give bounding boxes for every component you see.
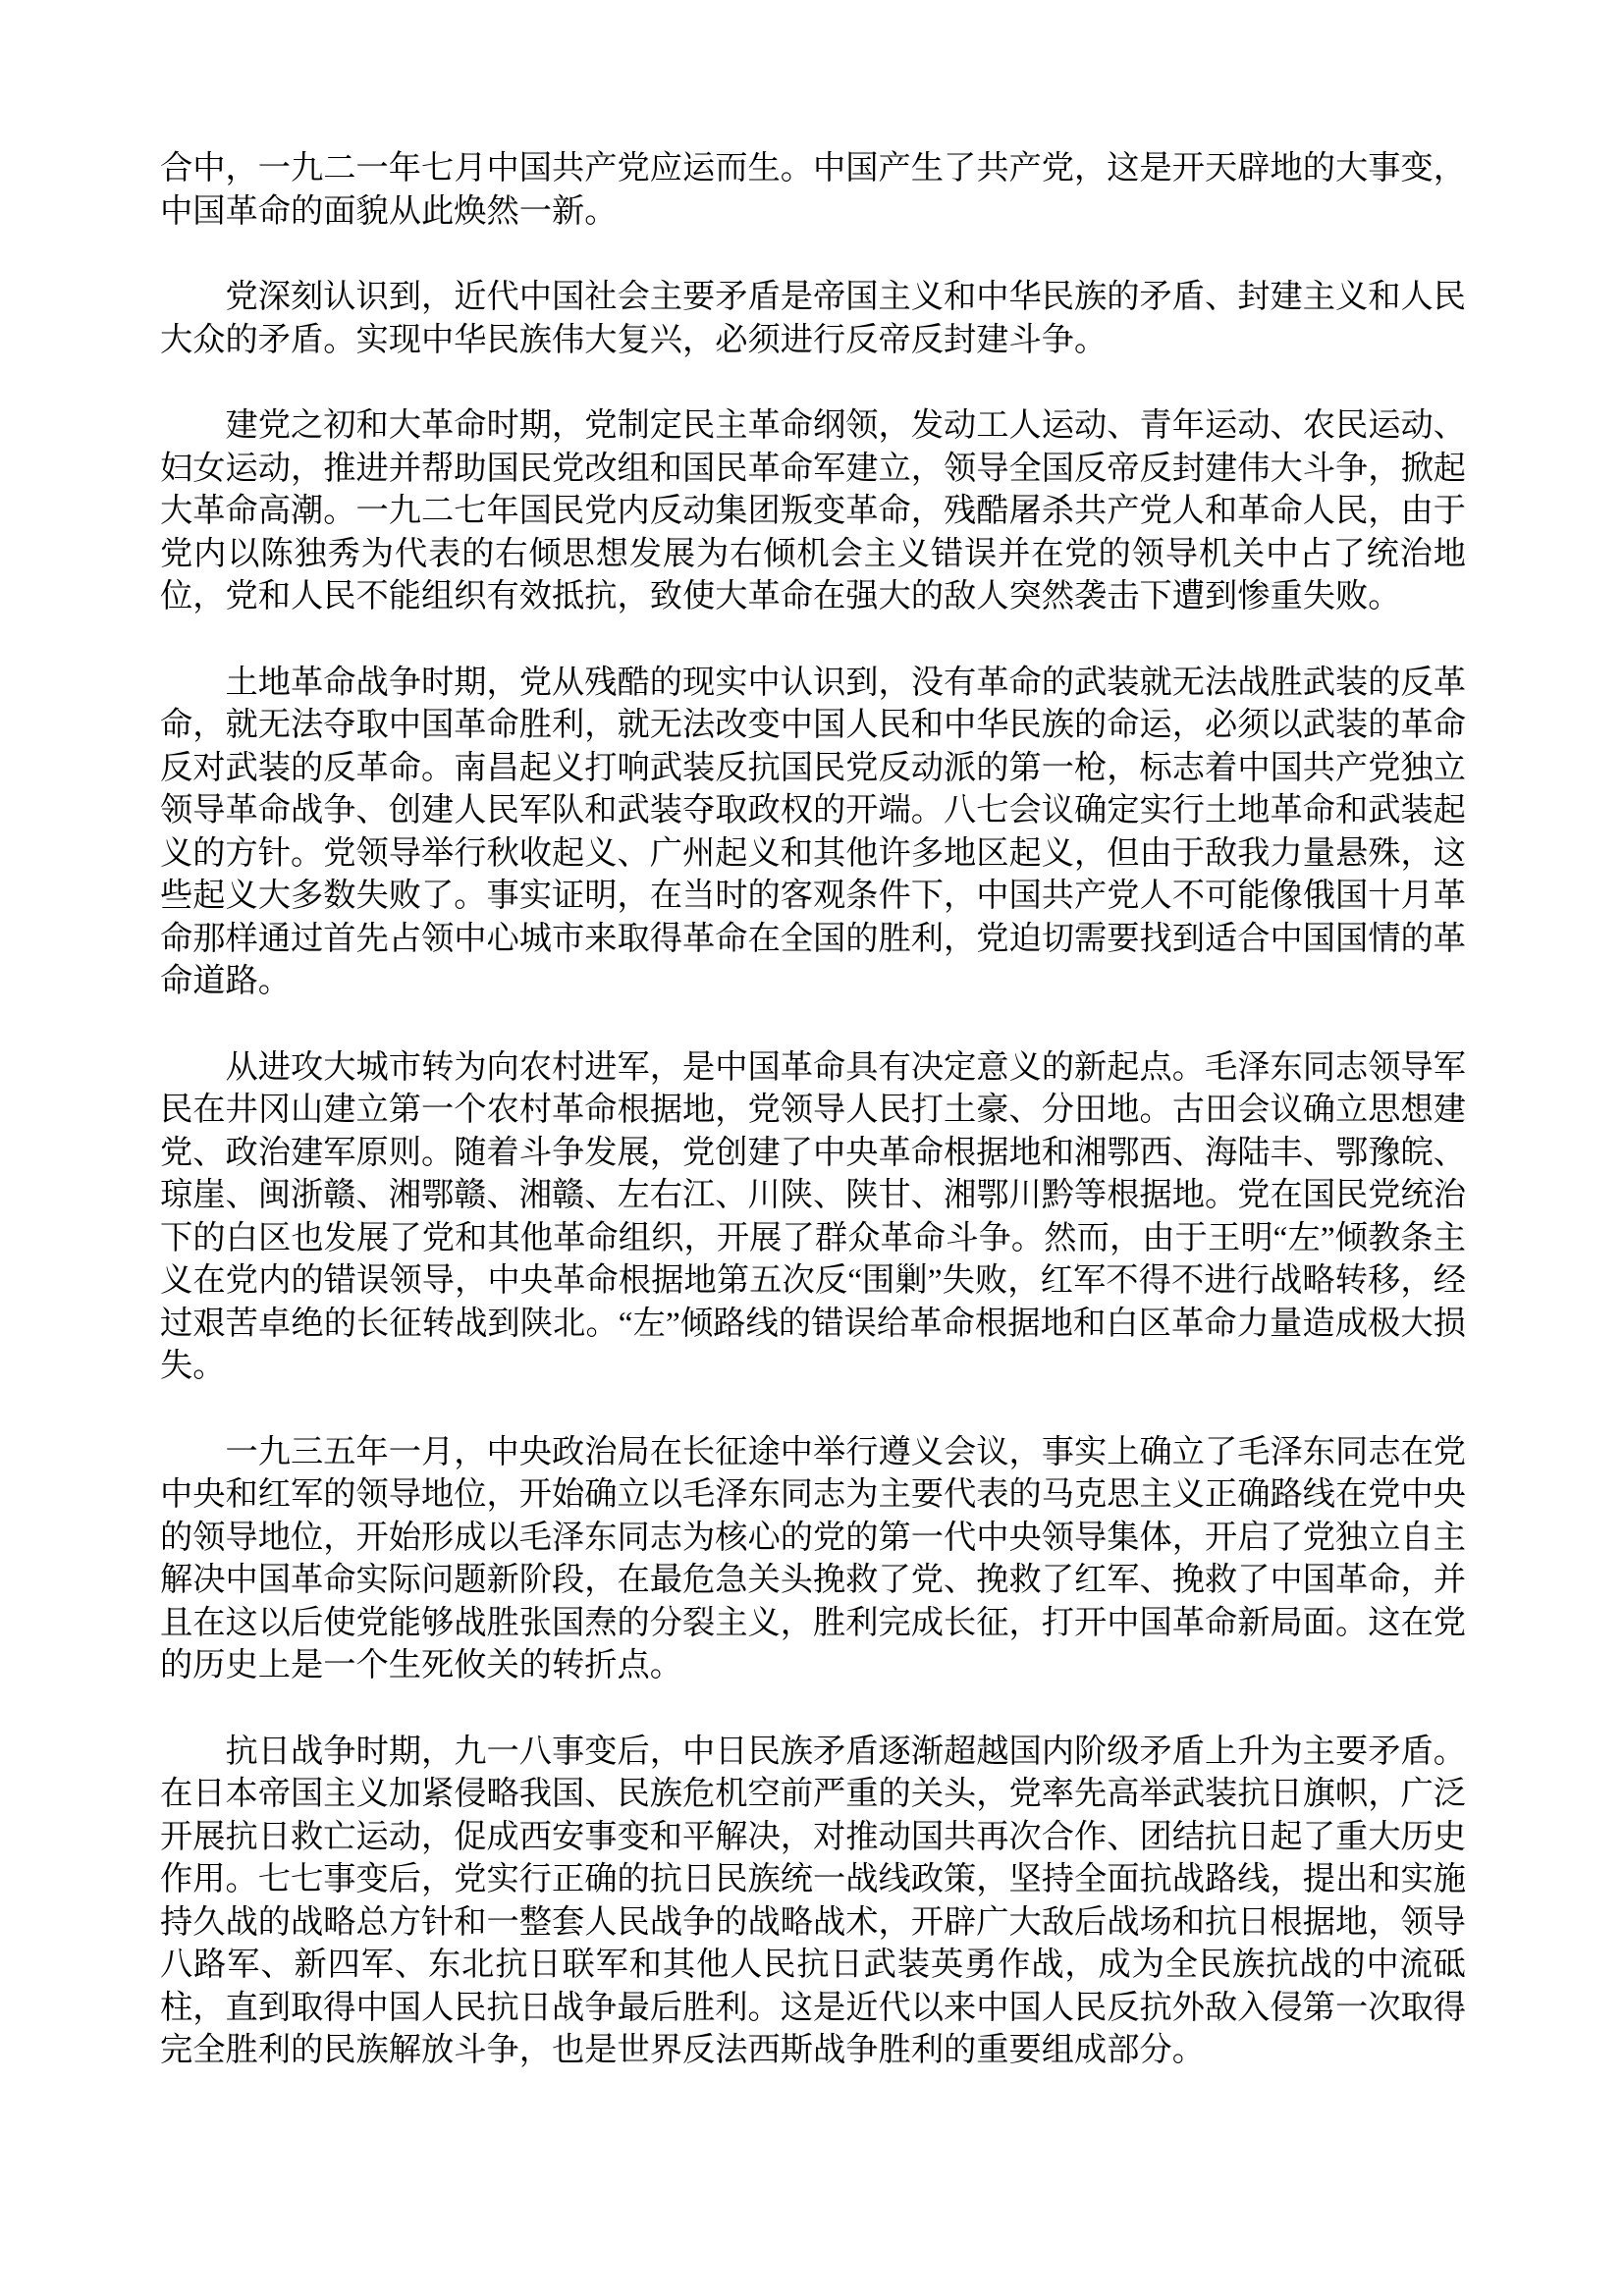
paragraph-5: 从进攻大城市转为向农村进军，是中国革命具有决定意义的新起点。毛泽东同志领导军民在… (160, 1046, 1466, 1388)
paragraph-4: 土地革命战争时期，党从残酷的现实中认识到，没有革命的武装就无法战胜武装的反革命，… (160, 662, 1466, 1003)
document-page: 合中，一九二一年七月中国共产党应运而生。中国产生了共产党，这是开天辟地的大事变，… (0, 0, 1624, 2296)
paragraph-7: 抗日战争时期，九一八事变后，中日民族矛盾逐渐超越国内阶级矛盾上升为主要矛盾。在日… (160, 1731, 1466, 2072)
paragraph-1-continuation: 合中，一九二一年七月中国共产党应运而生。中国产生了共产党，这是开天辟地的大事变，… (160, 147, 1466, 233)
document-text-block: 合中，一九二一年七月中国共产党应运而生。中国产生了共产党，这是开天辟地的大事变，… (160, 147, 1466, 2115)
paragraph-6: 一九三五年一月，中央政治局在长征途中举行遵义会议，事实上确立了毛泽东同志在党中央… (160, 1431, 1466, 1687)
paragraph-3: 建党之初和大革命时期，党制定民主革命纲领，发动工人运动、青年运动、农民运动、妇女… (160, 404, 1466, 618)
paragraph-2: 党深刻认识到，近代中国社会主要矛盾是帝国主义和中华民族的矛盾、封建主义和人民大众… (160, 276, 1466, 361)
